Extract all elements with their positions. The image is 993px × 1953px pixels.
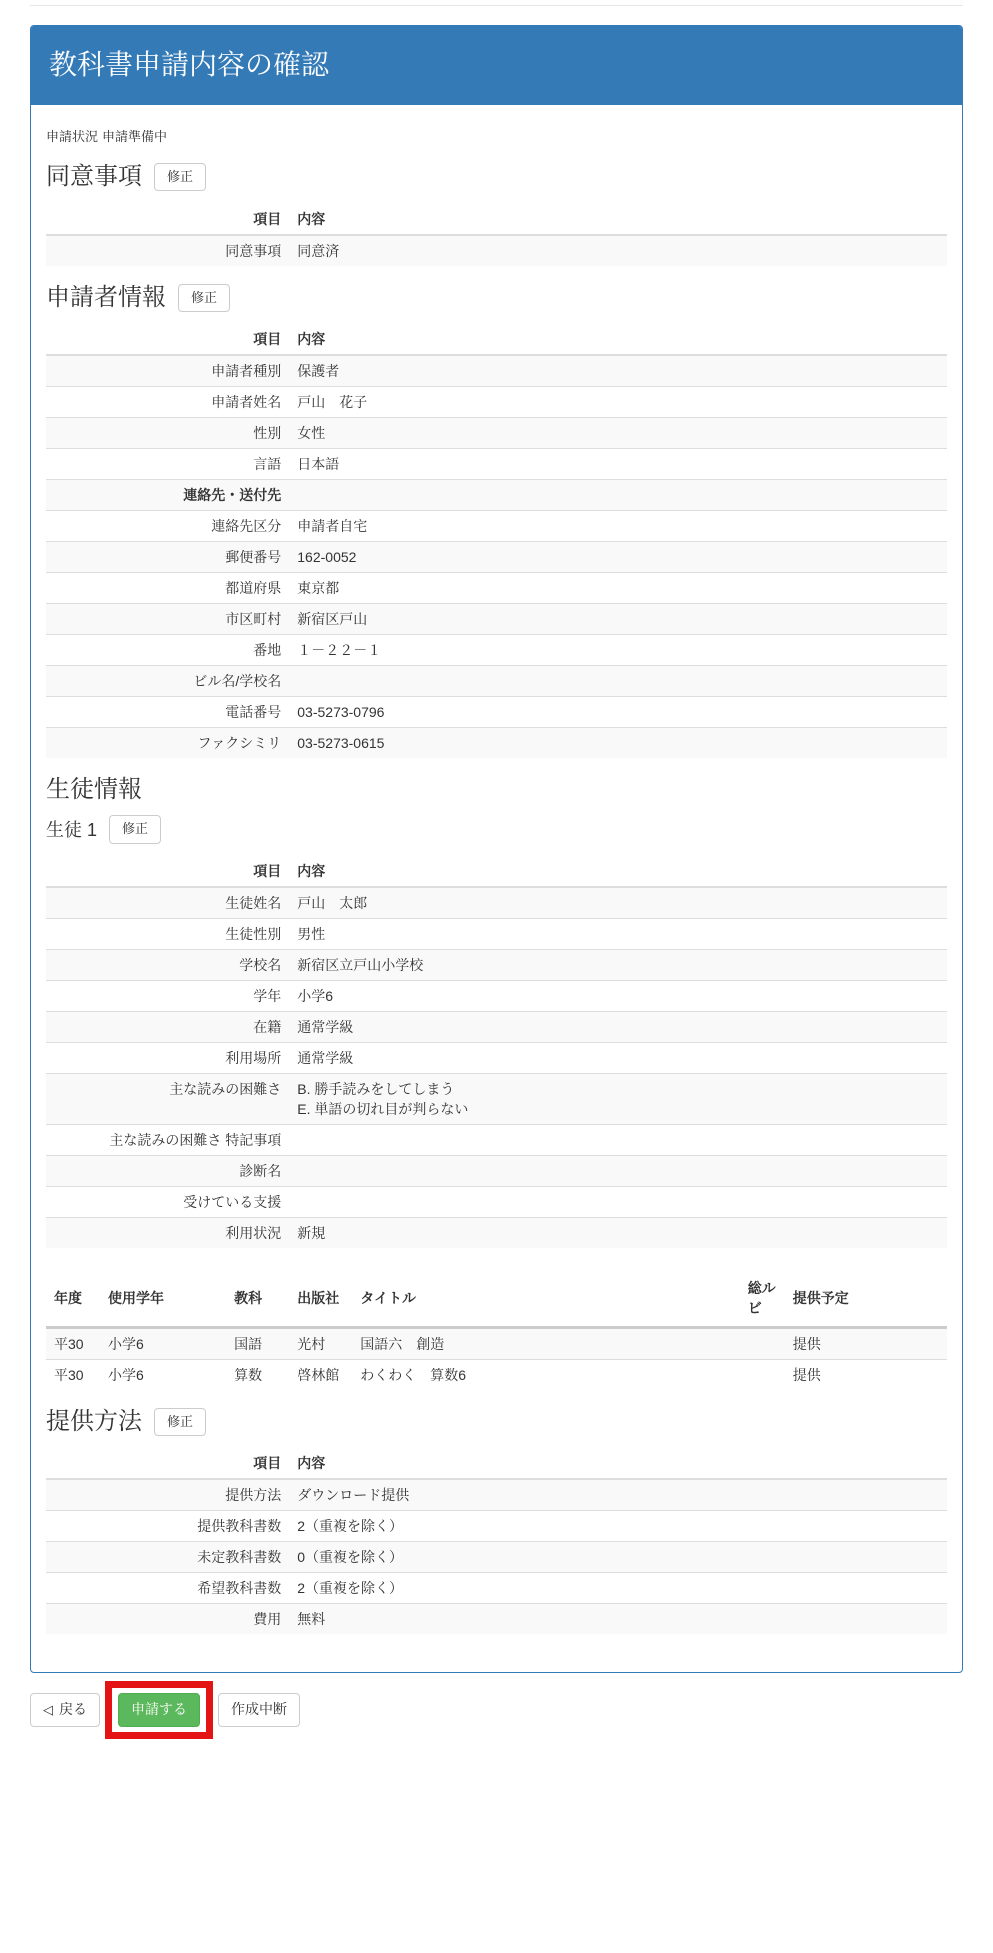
row-label: ビル名/学校名 xyxy=(46,666,289,697)
column-header: 年度 xyxy=(46,1270,100,1328)
status-value: 申請準備中 xyxy=(102,129,167,144)
cell: 国語 xyxy=(226,1327,289,1359)
section-heading-provision: 提供方法 修正 xyxy=(46,1408,947,1437)
table-row: 郵便番号162-0052 xyxy=(46,542,947,573)
column-header-content: 内容 xyxy=(289,324,947,355)
textbook-table: 年度使用学年教科出版社タイトル総ルビ提供予定 平30小学6国語光村国語六 創造提… xyxy=(46,1270,947,1390)
back-button[interactable]: ◁ 戻る xyxy=(30,1693,100,1727)
table-row: 受けている支援 xyxy=(46,1186,947,1217)
textbook-row: 平30小学6算数啓林館わくわく 算数6提供 xyxy=(46,1359,947,1390)
edit-button-applicant[interactable]: 修正 xyxy=(178,284,230,312)
table-row: 主な読みの困難さ 特記事項 xyxy=(46,1124,947,1155)
cell: 小学6 xyxy=(100,1327,226,1359)
table-row: 希望教科書数2（重複を除く） xyxy=(46,1573,947,1604)
row-value: 申請者自宅 xyxy=(289,511,947,542)
row-label: 提供教科書数 xyxy=(46,1511,289,1542)
table-row: 利用状況新規 xyxy=(46,1217,947,1248)
back-button-label: 戻る xyxy=(59,1700,87,1720)
column-header-content: 内容 xyxy=(289,204,947,235)
table-header-row: 項目 内容 xyxy=(46,204,947,235)
row-value: 戸山 太郎 xyxy=(289,887,947,919)
row-value: 0（重複を除く） xyxy=(289,1542,947,1573)
row-value: 通常学級 xyxy=(289,1042,947,1073)
section-heading-applicant: 申請者情報 修正 xyxy=(46,284,947,313)
table-row: 申請者種別保護者 xyxy=(46,355,947,387)
row-value: 新宿区戸山 xyxy=(289,604,947,635)
table-row: 番地１－２２－１ xyxy=(46,635,947,666)
row-label: 希望教科書数 xyxy=(46,1573,289,1604)
table-row: 性別女性 xyxy=(46,418,947,449)
row-value: 戸山 花子 xyxy=(289,387,947,418)
table-row: 連絡先区分申請者自宅 xyxy=(46,511,947,542)
section-heading-student: 生徒情報 xyxy=(46,776,947,805)
row-value: 男性 xyxy=(289,918,947,949)
panel-body: 申請状況申請準備中 同意事項 修正 項目 内容 同意事項同意済 申請者情報 xyxy=(31,105,962,1673)
table-row: 市区町村新宿区戸山 xyxy=(46,604,947,635)
row-label: 電話番号 xyxy=(46,697,289,728)
table-row: 診断名 xyxy=(46,1155,947,1186)
status-label: 申請状況 xyxy=(46,129,98,144)
column-header: 出版社 xyxy=(289,1270,352,1328)
student-sub-heading: 生徒 1 修正 xyxy=(46,815,947,843)
row-label: 未定教科書数 xyxy=(46,1542,289,1573)
row-label: 主な読みの困難さ 特記事項 xyxy=(46,1124,289,1155)
cell: わくわく 算数6 xyxy=(352,1359,739,1390)
row-label: 市区町村 xyxy=(46,604,289,635)
row-label: 在籍 xyxy=(46,1011,289,1042)
provision-table: 項目 内容 提供方法ダウンロード提供提供教科書数2（重複を除く）未定教科書数0（… xyxy=(46,1448,947,1634)
cell: 国語六 創造 xyxy=(352,1327,739,1359)
row-value: 女性 xyxy=(289,418,947,449)
row-value: 日本語 xyxy=(289,449,947,480)
row-value xyxy=(289,1124,947,1155)
table-row: 申請者姓名戸山 花子 xyxy=(46,387,947,418)
cell: 平30 xyxy=(46,1327,100,1359)
row-value: B. 勝手読みをしてしまうE. 単語の切れ目が判らない xyxy=(289,1073,947,1124)
row-label: 生徒性別 xyxy=(46,918,289,949)
back-arrow-icon: ◁ xyxy=(43,1701,53,1719)
row-label: 学校名 xyxy=(46,949,289,980)
row-value: 保護者 xyxy=(289,355,947,387)
row-value: 新規 xyxy=(289,1217,947,1248)
column-header: 教科 xyxy=(226,1270,289,1328)
row-value xyxy=(289,1186,947,1217)
row-label: 言語 xyxy=(46,449,289,480)
table-row: 学年小学6 xyxy=(46,980,947,1011)
student-table: 項目 内容 生徒姓名戸山 太郎生徒性別男性学校名新宿区立戸山小学校学年小学6在籍… xyxy=(46,856,947,1248)
row-label: 費用 xyxy=(46,1604,289,1635)
row-label: 利用状況 xyxy=(46,1217,289,1248)
row-value: 同意済 xyxy=(289,235,947,266)
table-header-row: 項目 内容 xyxy=(46,1448,947,1479)
row-value xyxy=(289,480,947,511)
row-value: 162-0052 xyxy=(289,542,947,573)
section-heading-agreement: 同意事項 修正 xyxy=(46,163,947,192)
row-label: 郵便番号 xyxy=(46,542,289,573)
table-row: 提供方法ダウンロード提供 xyxy=(46,1479,947,1511)
column-header-item: 項目 xyxy=(46,1448,289,1479)
application-status: 申請状況申請準備中 xyxy=(46,126,947,145)
row-value: 03-5273-0796 xyxy=(289,697,947,728)
submit-button[interactable]: 申請する xyxy=(118,1693,200,1727)
column-header: 総ルビ xyxy=(740,1270,785,1328)
row-value: 新宿区立戸山小学校 xyxy=(289,949,947,980)
table-row: 利用場所通常学級 xyxy=(46,1042,947,1073)
row-label: 連絡先区分 xyxy=(46,511,289,542)
table-row: 生徒性別男性 xyxy=(46,918,947,949)
table-row: 未定教科書数0（重複を除く） xyxy=(46,1542,947,1573)
row-label: ファクシミリ xyxy=(46,728,289,759)
row-value: ダウンロード提供 xyxy=(289,1479,947,1511)
row-value-line: B. 勝手読みをしてしまう xyxy=(297,1079,939,1099)
row-label: 申請者種別 xyxy=(46,355,289,387)
cell xyxy=(740,1327,785,1359)
cell: 提供 xyxy=(785,1327,947,1359)
textbook-row: 平30小学6国語光村国語六 創造提供 xyxy=(46,1327,947,1359)
cell xyxy=(740,1359,785,1390)
row-value: 2（重複を除く） xyxy=(289,1511,947,1542)
group-header-row: 連絡先・送付先 xyxy=(46,480,947,511)
cell: 算数 xyxy=(226,1359,289,1390)
agreement-heading-text: 同意事項 xyxy=(46,163,142,192)
row-label: 主な読みの困難さ xyxy=(46,1073,289,1124)
row-label: 学年 xyxy=(46,980,289,1011)
table-row: 在籍通常学級 xyxy=(46,1011,947,1042)
student-number-text: 生徒 1 xyxy=(46,816,97,842)
row-label: 性別 xyxy=(46,418,289,449)
application-panel: 教科書申請内容の確認 申請状況申請準備中 同意事項 修正 項目 内容 同意事項同… xyxy=(30,25,963,1673)
applicant-table: 項目 内容 申請者種別保護者申請者姓名戸山 花子性別女性言語日本語連絡先・送付先… xyxy=(46,324,947,758)
row-value: 03-5273-0615 xyxy=(289,728,947,759)
table-row: 同意事項同意済 xyxy=(46,235,947,266)
table-row: 学校名新宿区立戸山小学校 xyxy=(46,949,947,980)
row-label: 利用場所 xyxy=(46,1042,289,1073)
textbook-header-row: 年度使用学年教科出版社タイトル総ルビ提供予定 xyxy=(46,1270,947,1328)
row-label: 申請者姓名 xyxy=(46,387,289,418)
table-row: 電話番号03-5273-0796 xyxy=(46,697,947,728)
row-label: 番地 xyxy=(46,635,289,666)
applicant-heading-text: 申請者情報 xyxy=(46,284,166,313)
cell: 提供 xyxy=(785,1359,947,1390)
agreement-table: 項目 内容 同意事項同意済 xyxy=(46,204,947,266)
row-value: 東京都 xyxy=(289,573,947,604)
row-value xyxy=(289,666,947,697)
row-label: 同意事項 xyxy=(46,235,289,266)
table-row: 主な読みの困難さB. 勝手読みをしてしまうE. 単語の切れ目が判らない xyxy=(46,1073,947,1124)
table-row: ファクシミリ03-5273-0615 xyxy=(46,728,947,759)
provision-heading-text: 提供方法 xyxy=(46,1408,142,1437)
row-value: １－２２－１ xyxy=(289,635,947,666)
cell: 小学6 xyxy=(100,1359,226,1390)
row-value xyxy=(289,1155,947,1186)
row-label: 連絡先・送付先 xyxy=(46,480,289,511)
table-row: 言語日本語 xyxy=(46,449,947,480)
row-value: 2（重複を除く） xyxy=(289,1573,947,1604)
column-header-item: 項目 xyxy=(46,856,289,887)
edit-button-provision[interactable]: 修正 xyxy=(154,1408,206,1436)
row-label: 診断名 xyxy=(46,1155,289,1186)
row-label: 生徒姓名 xyxy=(46,887,289,919)
column-header-content: 内容 xyxy=(289,856,947,887)
row-label: 受けている支援 xyxy=(46,1186,289,1217)
row-value: 通常学級 xyxy=(289,1011,947,1042)
column-header: 使用学年 xyxy=(100,1270,226,1328)
suspend-button[interactable]: 作成中断 xyxy=(218,1693,300,1727)
table-header-row: 項目 内容 xyxy=(46,856,947,887)
row-value-line: E. 単語の切れ目が判らない xyxy=(297,1099,939,1119)
footer-actions: ◁ 戻る 申請する 作成中断 xyxy=(30,1681,993,1739)
submit-highlight-annotation: 申請する xyxy=(105,1681,213,1739)
page-title: 教科書申請内容の確認 xyxy=(31,26,962,105)
row-value: 無料 xyxy=(289,1604,947,1635)
table-row: ビル名/学校名 xyxy=(46,666,947,697)
edit-button-student[interactable]: 修正 xyxy=(109,815,161,843)
column-header-item: 項目 xyxy=(46,204,289,235)
table-header-row: 項目 内容 xyxy=(46,324,947,355)
main-container: 教科書申請内容の確認 申請状況申請準備中 同意事項 修正 項目 内容 同意事項同… xyxy=(30,25,963,1673)
row-value: 小学6 xyxy=(289,980,947,1011)
cell: 光村 xyxy=(289,1327,352,1359)
table-row: 生徒姓名戸山 太郎 xyxy=(46,887,947,919)
column-header: タイトル xyxy=(352,1270,739,1328)
cell: 平30 xyxy=(46,1359,100,1390)
table-row: 費用無料 xyxy=(46,1604,947,1635)
column-header-content: 内容 xyxy=(289,1448,947,1479)
cell: 啓林館 xyxy=(289,1359,352,1390)
column-header: 提供予定 xyxy=(785,1270,947,1328)
table-row: 提供教科書数2（重複を除く） xyxy=(46,1511,947,1542)
top-divider xyxy=(30,5,963,6)
student-heading-text: 生徒情報 xyxy=(46,776,142,805)
row-label: 都道府県 xyxy=(46,573,289,604)
column-header-item: 項目 xyxy=(46,324,289,355)
edit-button-agreement[interactable]: 修正 xyxy=(154,163,206,191)
table-row: 都道府県東京都 xyxy=(46,573,947,604)
row-label: 提供方法 xyxy=(46,1479,289,1511)
